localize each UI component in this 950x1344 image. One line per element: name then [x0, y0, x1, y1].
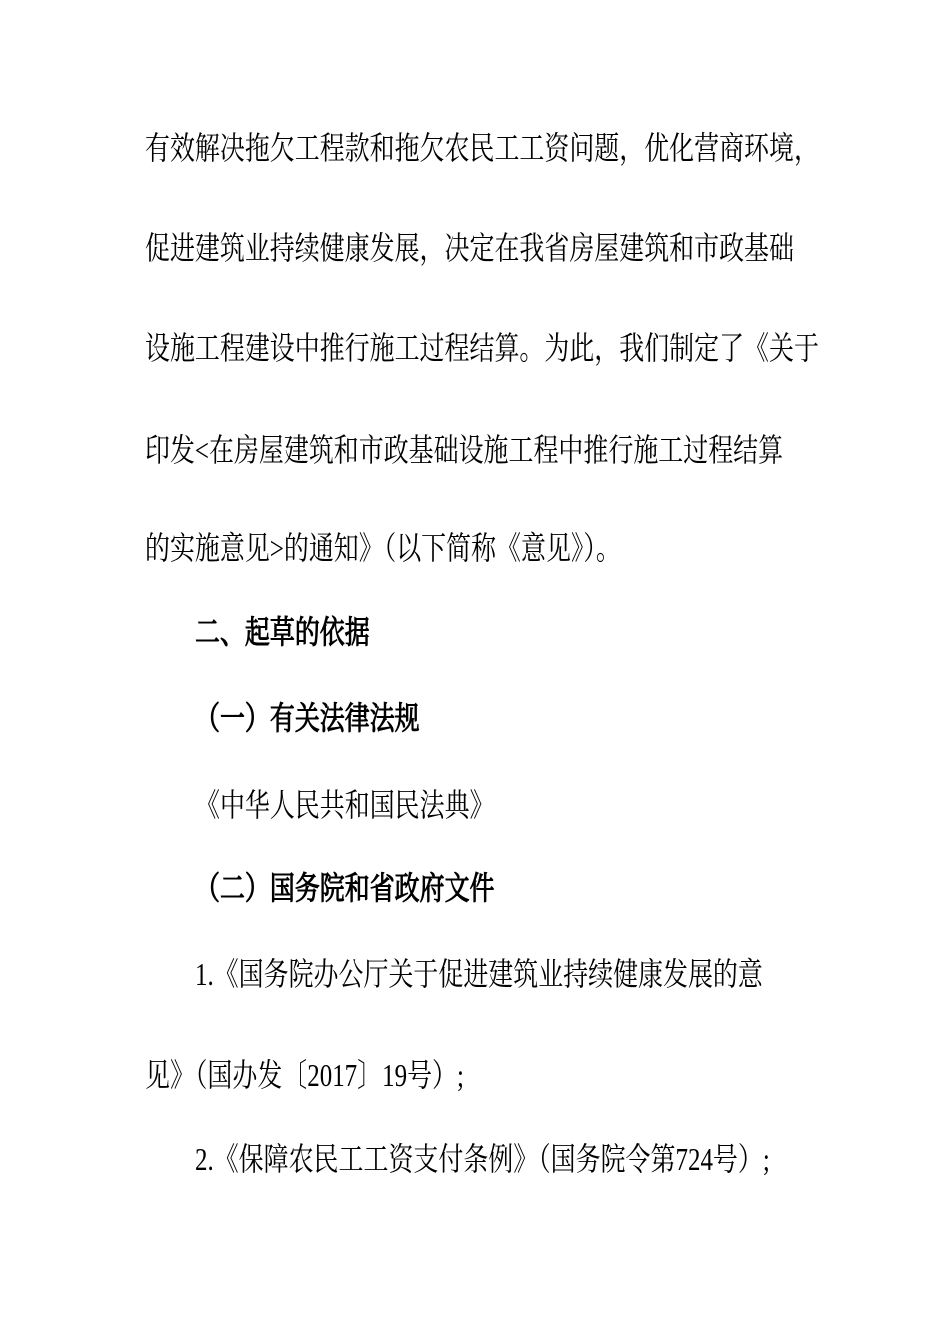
document-page: 有效解决拖欠工程款和拖欠农民工工资问题，优化营商环境，促进建筑业持续健康发展，决… — [0, 0, 950, 1344]
text-line-1: 有效解决拖欠工程款和拖欠农民工工资问题，优化营商环境， — [145, 131, 819, 165]
text-line-3: 设施工程建设中推行施工过程结算。为此，我们制定了《关于 — [145, 331, 819, 365]
text-line-11: 见》（国办发〔2017〕19号）; — [145, 1058, 464, 1092]
text-line-6: 二、起草的依据 — [195, 615, 370, 649]
text-line-12: 2.《保障农民工工资支付条例》（国务院令第724号）; — [195, 1142, 770, 1176]
text-line-10: 1.《国务院办公厅关于促进建筑业持续健康发展的意 — [195, 957, 763, 991]
text-line-7: （一）有关法律法规 — [195, 701, 420, 735]
text-line-5: 的实施意见>的通知》（以下简称《意见》）。 — [145, 531, 621, 565]
text-line-2: 促进建筑业持续健康发展，决定在我省房屋建筑和市政基础 — [145, 231, 794, 265]
text-line-8: 《中华人民共和国民法典》 — [195, 788, 495, 822]
text-line-9: （二）国务院和省政府文件 — [195, 871, 495, 905]
text-line-4: 印发<在房屋建筑和市政基础设施工程中推行施工过程结算 — [145, 433, 783, 467]
